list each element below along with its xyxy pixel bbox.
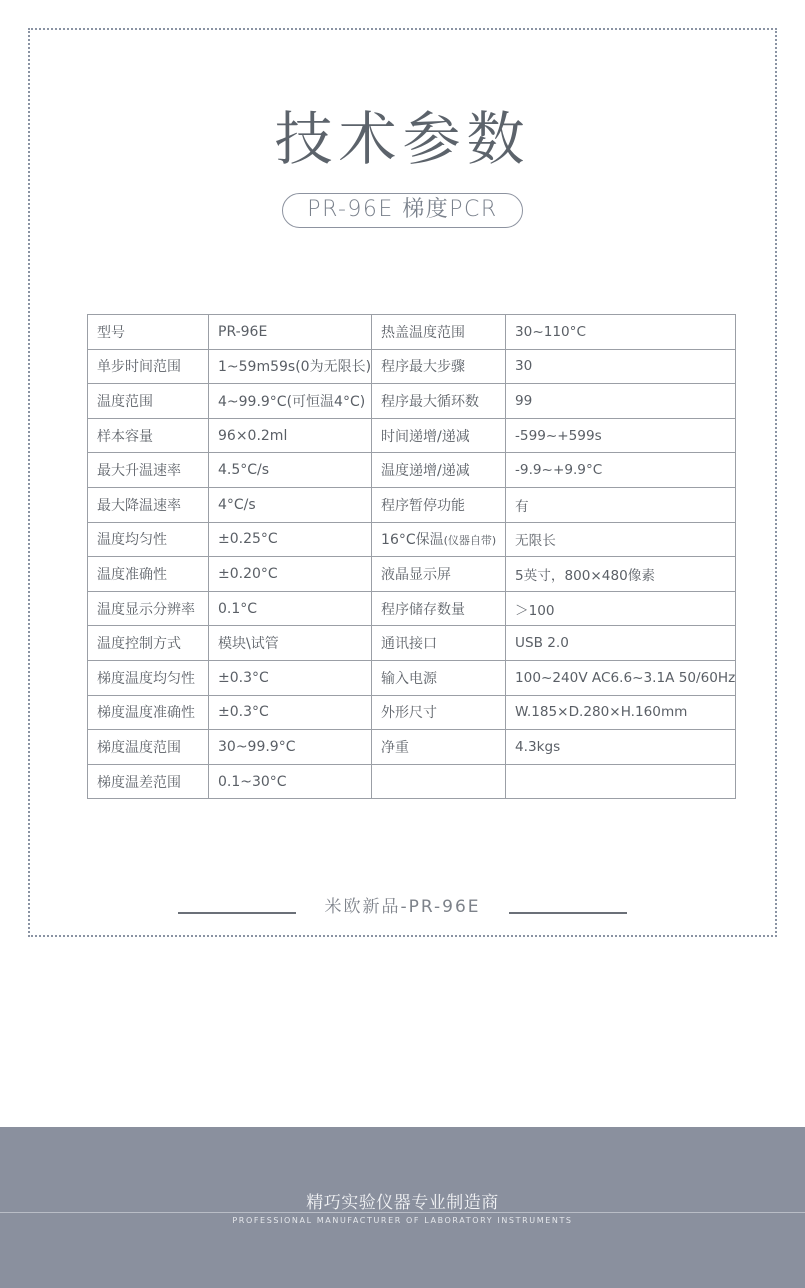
spec-value-text: 4~99.9°C(可恒温4°C) xyxy=(218,394,365,410)
spec-value-text: 30~99.9°C xyxy=(218,739,296,755)
spec-label: 单步时间范围 xyxy=(88,349,209,384)
table-row: 温度均匀性±0.25°C16°C保温(仪器自带)无限长 xyxy=(88,522,736,557)
spec-label-text: 程序暂停功能 xyxy=(381,498,465,514)
spec-label: 最大升温速率 xyxy=(88,453,209,488)
table-row: 温度控制方式模块\试管通讯接口USB 2.0 xyxy=(88,626,736,661)
divider-right xyxy=(509,912,627,914)
spec-label xyxy=(372,764,506,799)
table-row: 型号PR-96E热盖温度范围30~110°C xyxy=(88,315,736,350)
spec-label-text: 时间递增/递减 xyxy=(381,429,470,445)
spec-label-text: 净重 xyxy=(381,740,409,756)
spec-label-text: 最大升温速率 xyxy=(97,463,181,479)
spec-value-text: 100~240V AC6.6~3.1A 50/60Hz xyxy=(515,670,735,686)
spec-label: 16°C保温(仪器自带) xyxy=(372,522,506,557)
spec-value: 4.5°C/s xyxy=(209,453,372,488)
spec-value: 无限长 xyxy=(506,522,736,557)
spec-value-text: 30 xyxy=(515,358,532,374)
spec-label: 温度递增/递减 xyxy=(372,453,506,488)
table-row: 梯度温度均匀性±0.3°C输入电源100~240V AC6.6~3.1A 50/… xyxy=(88,660,736,695)
spec-value-text: ±0.3°C xyxy=(218,704,269,720)
table-row: 梯度温度准确性±0.3°C外形尺寸W.185×D.280×H.160mm xyxy=(88,695,736,730)
spec-label: 程序暂停功能 xyxy=(372,487,506,522)
spec-label: 梯度温度均匀性 xyxy=(88,660,209,695)
spec-value-text: ±0.25°C xyxy=(218,531,278,547)
footer-slogan-cn: 精巧实验仪器专业制造商 xyxy=(0,1188,805,1213)
spec-label: 热盖温度范围 xyxy=(372,315,506,350)
spec-label-text: 型号 xyxy=(97,325,125,341)
spec-label: 梯度温度范围 xyxy=(88,730,209,765)
spec-label: 梯度温度准确性 xyxy=(88,695,209,730)
spec-label-text: 温度范围 xyxy=(97,394,153,410)
spec-value: 30 xyxy=(506,349,736,384)
table-row: 样本容量96×0.2ml时间递增/递减-599~+599s xyxy=(88,418,736,453)
spec-value: 有 xyxy=(506,487,736,522)
spec-label-text: 温度显示分辨率 xyxy=(97,602,195,618)
spec-label-text: 单步时间范围 xyxy=(97,359,181,375)
spec-value-text: -9.9~+9.9°C xyxy=(515,462,602,478)
spec-label: 温度范围 xyxy=(88,384,209,419)
spec-label: 程序最大循环数 xyxy=(372,384,506,419)
page-title: 技术参数 xyxy=(0,103,805,175)
spec-label-text: 梯度温度准确性 xyxy=(97,705,195,721)
spec-label-text: 最大降温速率 xyxy=(97,498,181,514)
spec-value: 99 xyxy=(506,384,736,419)
spec-value: 1~59m59s(0为无限长) xyxy=(209,349,372,384)
spec-label-text: 梯度温差范围 xyxy=(97,775,181,791)
table-row: 梯度温度范围30~99.9°C净重4.3kgs xyxy=(88,730,736,765)
table-row: 温度范围4~99.9°C(可恒温4°C)程序最大循环数99 xyxy=(88,384,736,419)
spec-value: -9.9~+9.9°C xyxy=(506,453,736,488)
footer-divider xyxy=(0,1212,805,1213)
table-row: 最大升温速率4.5°C/s温度递增/递减-9.9~+9.9°C xyxy=(88,453,736,488)
spec-label-text: 热盖温度范围 xyxy=(381,325,465,341)
spec-label-text: 样本容量 xyxy=(97,429,153,445)
spec-label: 最大降温速率 xyxy=(88,487,209,522)
spec-value-text: W.185×D.280×H.160mm xyxy=(515,704,687,720)
spec-label-text: 温度均匀性 xyxy=(97,532,167,548)
spec-value-text: 99 xyxy=(515,393,532,409)
spec-label-text: 梯度温度均匀性 xyxy=(97,671,195,687)
spec-value-text: 96×0.2ml xyxy=(218,428,287,444)
spec-value-text: 4.5°C/s xyxy=(218,462,269,478)
spec-value: 5英寸，800×480像素 xyxy=(506,557,736,592)
spec-label: 温度控制方式 xyxy=(88,626,209,661)
spec-label: 温度准确性 xyxy=(88,557,209,592)
spec-value-text: 0.1~30°C xyxy=(218,774,287,790)
spec-value-text: ±0.3°C xyxy=(218,670,269,686)
spec-label-text: 16°C保温 xyxy=(381,532,444,548)
spec-table: 型号PR-96E热盖温度范围30~110°C单步时间范围1~59m59s(0为无… xyxy=(87,314,736,799)
spec-value-text: 模块\试管 xyxy=(218,636,279,652)
spec-label-text: 通讯接口 xyxy=(381,636,437,652)
spec-label: 温度均匀性 xyxy=(88,522,209,557)
spec-value: 4°C/s xyxy=(209,487,372,522)
spec-value: 30~110°C xyxy=(506,315,736,350)
spec-value: ±0.3°C xyxy=(209,660,372,695)
spec-value: ±0.20°C xyxy=(209,557,372,592)
spec-value: 4.3kgs xyxy=(506,730,736,765)
spec-label: 程序储存数量 xyxy=(372,591,506,626)
caption-text: 米欧新品-PR-96E xyxy=(0,894,805,920)
caption-row: 米欧新品-PR-96E xyxy=(0,894,805,924)
spec-label-text: 程序储存数量 xyxy=(381,602,465,618)
spec-label-text: 程序最大循环数 xyxy=(381,394,479,410)
spec-label-note: (仪器自带) xyxy=(444,534,497,547)
spec-value: 0.1°C xyxy=(209,591,372,626)
spec-label: 温度显示分辨率 xyxy=(88,591,209,626)
spec-value: 96×0.2ml xyxy=(209,418,372,453)
spec-label: 液晶显示屏 xyxy=(372,557,506,592)
spec-value: 30~99.9°C xyxy=(209,730,372,765)
spec-value: ±0.3°C xyxy=(209,695,372,730)
spec-value-text: 有 xyxy=(515,499,529,515)
table-row: 温度显示分辨率0.1°C程序储存数量＞100 xyxy=(88,591,736,626)
spec-label: 程序最大步骤 xyxy=(372,349,506,384)
spec-value-text: -599~+599s xyxy=(515,428,602,444)
spec-label-text: 温度递增/递减 xyxy=(381,463,470,479)
spec-label: 型号 xyxy=(88,315,209,350)
spec-value-text: 无限长 xyxy=(515,533,556,549)
spec-value-text: USB 2.0 xyxy=(515,635,569,651)
spec-value-text: ＞100 xyxy=(515,603,555,619)
footer-banner: 精巧实验仪器专业制造商 PROFESSIONAL MANUFACTURER OF… xyxy=(0,1127,805,1288)
spec-label: 样本容量 xyxy=(88,418,209,453)
table-row: 温度准确性±0.20°C液晶显示屏5英寸，800×480像素 xyxy=(88,557,736,592)
spec-value xyxy=(506,764,736,799)
spec-label: 净重 xyxy=(372,730,506,765)
spec-value: 100~240V AC6.6~3.1A 50/60Hz xyxy=(506,660,736,695)
spec-label-text: 液晶显示屏 xyxy=(381,567,451,583)
spec-label: 时间递增/递减 xyxy=(372,418,506,453)
spec-value-text: 1~59m59s(0为无限长) xyxy=(218,359,371,375)
spec-value-text: 5英寸，800×480像素 xyxy=(515,568,655,584)
table-row: 梯度温差范围0.1~30°C xyxy=(88,764,736,799)
spec-value: W.185×D.280×H.160mm xyxy=(506,695,736,730)
spec-value: PR-96E xyxy=(209,315,372,350)
spec-value: USB 2.0 xyxy=(506,626,736,661)
spec-label: 通讯接口 xyxy=(372,626,506,661)
spec-label: 外形尺寸 xyxy=(372,695,506,730)
footer-slogan-en: PROFESSIONAL MANUFACTURER OF LABORATORY … xyxy=(0,1216,805,1225)
spec-value: 模块\试管 xyxy=(209,626,372,661)
spec-label-text: 外形尺寸 xyxy=(381,705,437,721)
spec-value-text: 30~110°C xyxy=(515,324,586,340)
spec-label: 梯度温差范围 xyxy=(88,764,209,799)
spec-label-text: 梯度温度范围 xyxy=(97,740,181,756)
spec-value: ＞100 xyxy=(506,591,736,626)
table-row: 最大降温速率4°C/s程序暂停功能有 xyxy=(88,487,736,522)
spec-value-text: 0.1°C xyxy=(218,601,257,617)
spec-label-text: 温度准确性 xyxy=(97,567,167,583)
spec-value: ±0.25°C xyxy=(209,522,372,557)
spec-label: 输入电源 xyxy=(372,660,506,695)
spec-value: 4~99.9°C(可恒温4°C) xyxy=(209,384,372,419)
spec-value-text: 4.3kgs xyxy=(515,739,560,755)
spec-value-text: PR-96E xyxy=(218,324,267,340)
spec-value: 0.1~30°C xyxy=(209,764,372,799)
spec-label-text: 温度控制方式 xyxy=(97,636,181,652)
spec-label-text: 程序最大步骤 xyxy=(381,359,465,375)
spec-value-text: ±0.20°C xyxy=(218,566,278,582)
table-row: 单步时间范围1~59m59s(0为无限长)程序最大步骤30 xyxy=(88,349,736,384)
spec-label-text: 输入电源 xyxy=(381,671,437,687)
spec-value-text: 4°C/s xyxy=(218,497,256,513)
spec-value: -599~+599s xyxy=(506,418,736,453)
model-badge: PR-96E 梯度PCR xyxy=(282,193,523,228)
